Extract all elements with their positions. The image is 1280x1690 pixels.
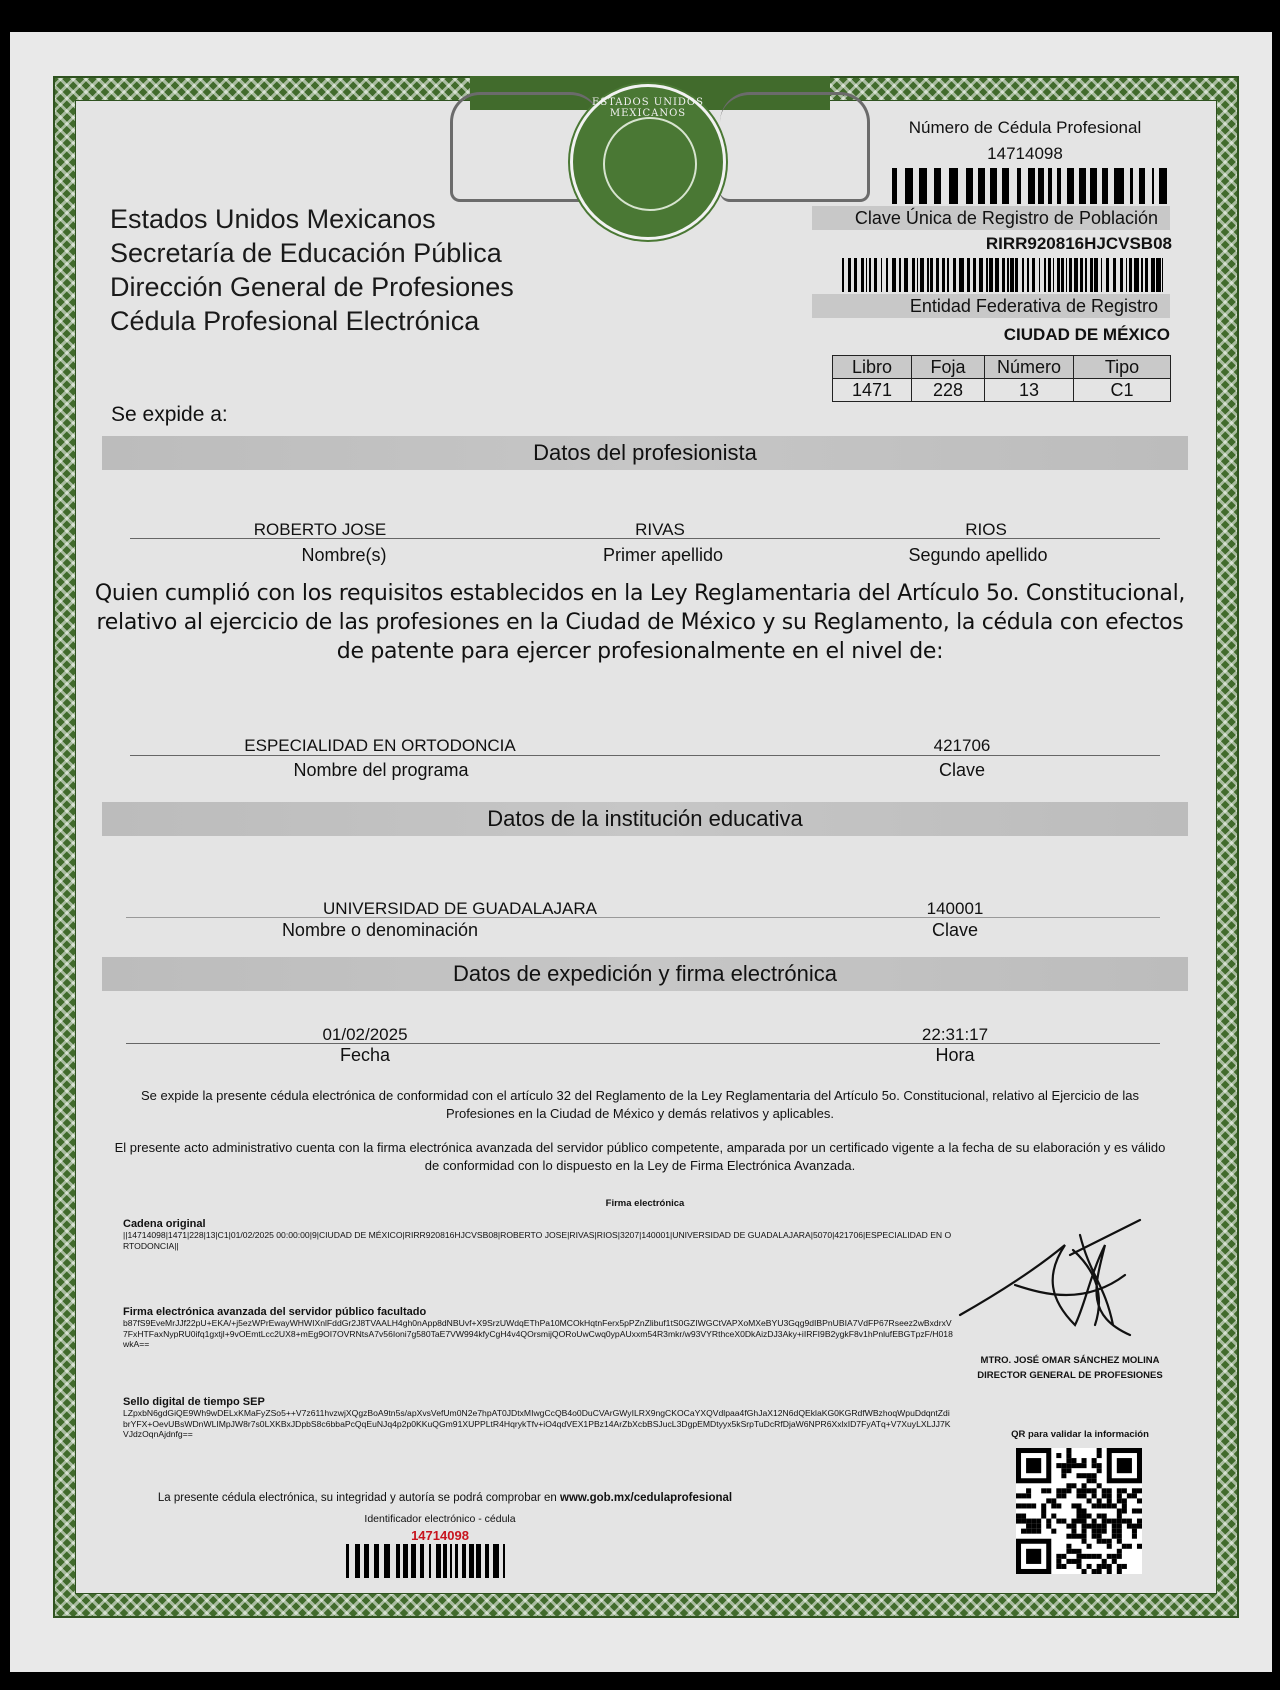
signatory-name: MTRO. JOSÉ OMAR SÁNCHEZ MOLINA <box>960 1353 1180 1368</box>
qr-code-icon[interactable] <box>1016 1448 1142 1574</box>
institution-underline <box>126 917 1160 918</box>
national-seal-icon: ESTADOS UNIDOS MEXICANOS <box>570 84 726 240</box>
label-fecha: Fecha <box>300 1045 430 1066</box>
institution-name: UNIVERSIDAD DE GUADALAJARA <box>290 899 630 919</box>
firma-avanzada-value: b87fS9EveMrJJf22pU+EKA/+j5ezWPrEwayWHWIX… <box>123 1318 953 1350</box>
libro-value: 1471 <box>833 379 912 402</box>
program-clave: 421706 <box>892 736 1032 756</box>
cedula-number: 14714098 <box>880 144 1170 164</box>
issuance-underline <box>126 1043 1160 1044</box>
curp-value: RIRR920816HJCVSB08 <box>880 234 1172 254</box>
label-program-clave: Clave <box>892 760 1032 781</box>
section-institucion: Datos de la institución educativa <box>102 802 1188 836</box>
col-numero: Número <box>985 356 1074 379</box>
label-institucion: Nombre o denominación <box>250 920 510 941</box>
numero-value: 13 <box>985 379 1074 402</box>
curp-barcode-icon <box>842 258 1170 292</box>
sello-label: Sello digital de tiempo SEP <box>123 1396 953 1408</box>
name-underline <box>130 538 1160 539</box>
label-programa: Nombre del programa <box>261 760 501 781</box>
heading-country: Estados Unidos Mexicanos <box>110 202 514 236</box>
section-profesionista: Datos del profesionista <box>102 436 1188 470</box>
person-primer-apellido: RIVAS <box>560 520 760 540</box>
col-foja: Foja <box>912 356 985 379</box>
verification-link[interactable]: www.gob.mx/cedulaprofesional <box>560 1492 732 1504</box>
sello-block: Sello digital de tiempo SEP LZpxbN6gdGiQ… <box>123 1396 953 1440</box>
entidad-label: Entidad Federativa de Registro <box>812 294 1170 318</box>
signatory-block: MTRO. JOSÉ OMAR SÁNCHEZ MOLINA DIRECTOR … <box>960 1353 1180 1383</box>
program-underline <box>130 755 1160 756</box>
firma-avanzada-block: Firma electrónica avanzada del servidor … <box>123 1306 953 1350</box>
sello-value: LZpxbN6gdGiQE9Wh9wDELxKMaFyZSo5++V7z611h… <box>123 1408 953 1440</box>
institution-clave: 140001 <box>885 899 1025 919</box>
cadena-value: ||14714098|1471|228|13|C1|01/02/2025 00:… <box>123 1230 953 1251</box>
issue-time: 22:31:17 <box>890 1025 1020 1045</box>
registry-table: Libro Foja Número Tipo 1471 228 13 C1 <box>832 355 1171 402</box>
tipo-value: C1 <box>1074 379 1171 402</box>
eagle-icon <box>603 117 697 211</box>
person-segundo-apellido: RIOS <box>886 520 1086 540</box>
label-institution-clave: Clave <box>885 920 1025 941</box>
section-expedicion: Datos de expedición y firma electrónica <box>102 957 1188 991</box>
id-barcode-icon <box>346 1544 512 1578</box>
seal-text: ESTADOS UNIDOS MEXICANOS <box>573 97 723 119</box>
label-hora: Hora <box>890 1045 1020 1066</box>
curp-label: Clave Única de Registro de Población <box>812 206 1170 230</box>
label-primer-apellido: Primer apellido <box>563 545 763 566</box>
verification-text: La presente cédula electrónica, su integ… <box>110 1492 780 1504</box>
id-label: Identificador electrónico - cédula <box>310 1513 570 1525</box>
qr-label: QR para validar la información <box>995 1429 1165 1440</box>
signatory-title: DIRECTOR GENERAL DE PROFESIONES <box>960 1368 1180 1383</box>
cedula-barcode-icon <box>892 168 1170 204</box>
cadena-label: Cadena original <box>123 1218 953 1230</box>
id-number: 14714098 <box>310 1528 570 1543</box>
firma-avanzada-label: Firma electrónica avanzada del servidor … <box>123 1306 953 1318</box>
issuer-heading: Estados Unidos Mexicanos Secretaría de E… <box>110 202 514 338</box>
cedula-number-label: Número de Cédula Profesional <box>880 118 1170 138</box>
legal-paragraph-1: Se expide la presente cédula electrónica… <box>110 1087 1170 1123</box>
heading-secretaria: Secretaría de Educación Pública <box>110 236 514 270</box>
col-libro: Libro <box>833 356 912 379</box>
issue-date: 01/02/2025 <box>300 1025 430 1045</box>
statement-text: Quien cumplió con los requisitos estable… <box>90 579 1190 666</box>
label-segundo-apellido: Segundo apellido <box>878 545 1078 566</box>
se-expide-label: Se expide a: <box>111 403 228 427</box>
heading-direccion: Dirección General de Profesiones <box>110 270 514 304</box>
program-name: ESPECIALIDAD EN ORTODONCIA <box>200 736 560 756</box>
heading-document-type: Cédula Profesional Electrónica <box>110 304 514 338</box>
foja-value: 228 <box>912 379 985 402</box>
entidad-value: CIUDAD DE MÉXICO <box>880 325 1170 345</box>
cadena-original-block: Cadena original ||14714098|1471|228|13|C… <box>123 1218 953 1251</box>
firma-title: Firma electrónica <box>520 1198 770 1209</box>
label-nombre: Nombre(s) <box>244 545 444 566</box>
handwritten-signature-icon <box>955 1215 1145 1345</box>
person-nombre: ROBERTO JOSE <box>200 520 440 540</box>
verification-sentence: La presente cédula electrónica, su integ… <box>158 1492 560 1504</box>
legal-paragraph-2: El presente acto administrativo cuenta c… <box>110 1139 1170 1175</box>
emblem-right-ornament <box>720 92 870 202</box>
col-tipo: Tipo <box>1074 356 1171 379</box>
